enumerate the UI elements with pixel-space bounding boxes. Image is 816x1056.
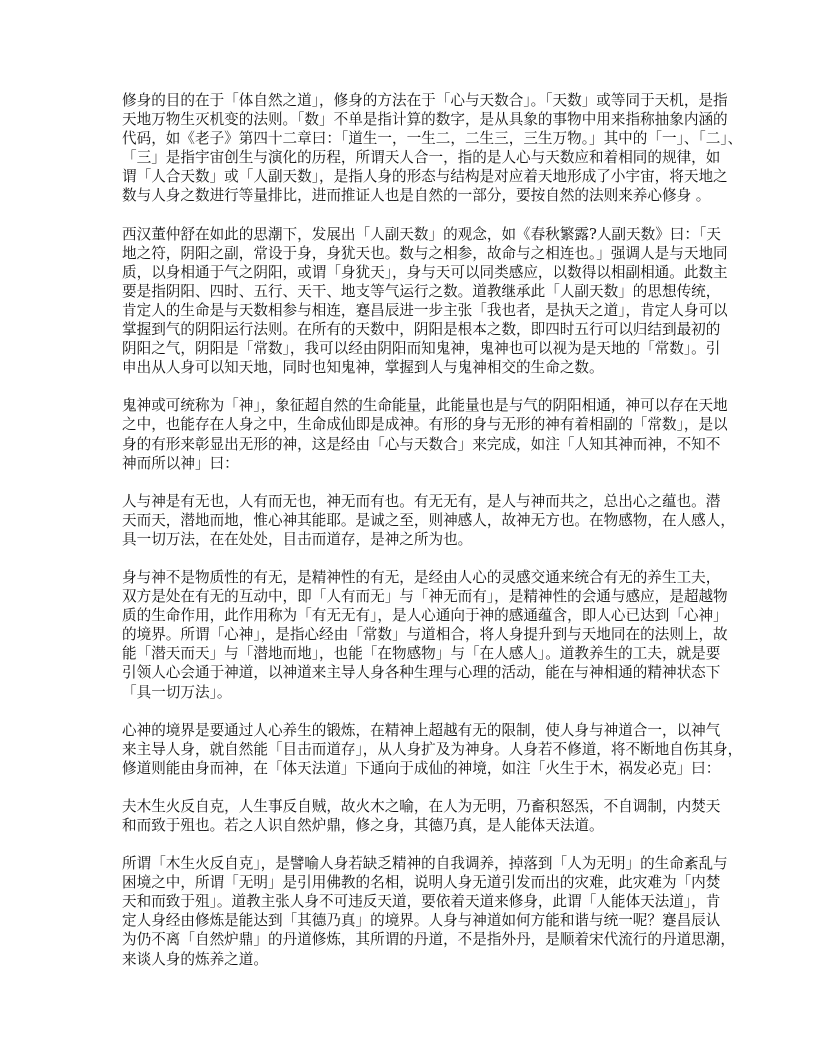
text-line: 来主导人身，就自然能「目击而道存」，从人身扩及为神身。人身若不修道，将不断地自伤… <box>122 740 706 759</box>
text-line: 「三」是指宇宙创生与演化的历程，所谓天人合一，指的是人心与天数应和着相同的规律，… <box>122 148 706 167</box>
text-line: 能「潜天而天」与「潜地而地」，也能「在物感物」与「在人感人」。道教养生的工夫，就… <box>122 644 706 663</box>
text-line: 数与人身之数进行等量排比，进而推证人也是自然的一部分，要按自然的法则来养心修身 … <box>122 186 706 205</box>
text-line: 夫木生火反自克，人生事反自贼，故火木之喻，在人为无明，乃畜积怒炁，不自调制，内焚… <box>122 797 706 816</box>
text-line: 引领人心会通于神道，以神道来主导人身各种生理与心理的活动，能在与神相通的精神状态… <box>122 663 706 682</box>
paragraph-2: 西汉董仲舒在如此的思潮下，发展出「人副天数」的观念，如《春秋繁露?人副天数》曰：… <box>122 225 706 378</box>
paragraph-1: 修身的目的在于「体自然之道」，修身的方法在于「心与天数合」。「天数」或等同于天机… <box>122 91 706 206</box>
text-line: 困境之中，所谓「无明」是引用佛教的名相，说明人身无道引发而出的灾难，此灾难为「内… <box>122 873 706 892</box>
text-line: 和而致于殂也。若之人识自然炉鼎，修之身，其德乃真，是人能体天法道。 <box>122 816 706 835</box>
text-line: 来谈人身的炼养之道。 <box>122 950 706 969</box>
paragraph-4-quote: 人与神是有无也，人有而无也，神无而有也。有无无有，是人与神而共之，总出心之蕴也。… <box>122 492 706 549</box>
text-line: 阴阳之气，阴阳是「常数」，我可以经由阴阳而知鬼神，鬼神也可以视为是天地的「常数」… <box>122 339 706 358</box>
paragraph-6: 心神的境界是要通过人心养生的锻炼，在精神上超越有无的限制，使人身与神道合一，以神… <box>122 721 706 778</box>
text-line: 人与神是有无也，人有而无也，神无而有也。有无无有，是人与神而共之，总出心之蕴也。… <box>122 492 706 511</box>
text-line: 双方是处在有无的互动中，即「人有而无」与「神无而有」，是精神性的会通与感应，是超… <box>122 587 706 606</box>
text-line: 天地万物生灭机变的法则。「数」不单是指计算的数字，是从具象的事物中用来指称抽象内… <box>122 110 706 129</box>
paragraph-8: 所谓「木生火反自克」，是譬喻人身若缺乏精神的自我调养，掉落到「人为无明」的生命紊… <box>122 854 706 969</box>
text-line: 掌握到气的阴阳运行法则。在所有的天数中，阴阳是根本之数，即四时五行可以归结到最初… <box>122 320 706 339</box>
text-line: 的境界。所谓「心神」，是指心经由「常数」与道相合，将人身提升到与天地同在的法则上… <box>122 625 706 644</box>
text-line: 所谓「木生火反自克」，是譬喻人身若缺乏精神的自我调养，掉落到「人为无明」的生命紊… <box>122 854 706 873</box>
text-line: 要是指阴阳、四时、五行、天干、地支等气运行之数。道教继承此「人副天数」的思想传统… <box>122 282 706 301</box>
text-line: 修身的目的在于「体自然之道」，修身的方法在于「心与天数合」。「天数」或等同于天机… <box>122 91 706 110</box>
text-line: 具一切万法，在在处处，目击而道存，是神之所为也。 <box>122 530 706 549</box>
text-line: 为仍不离「自然炉鼎」的丹道修炼，其所谓的丹道，不是指外丹，是顺着宋代流行的丹道思… <box>122 930 706 949</box>
paragraph-3: 鬼神或可统称为「神」，象征超自然的生命能量，此能量也是与气的阴阳相通，神可以存在… <box>122 396 706 472</box>
text-line: 身与神不是物质性的有无，是精神性的有无，是经由人心的灵感交通来统合有无的养生工夫… <box>122 568 706 587</box>
text-line: 天和而致于殂」。道教主张人身不可违反天道，要依着天道来修身，此谓「人能体天法道」… <box>122 892 706 911</box>
text-line: 神而所以神」曰： <box>122 454 706 473</box>
text-line: 定人身经由修炼是能达到「其德乃真」的境界。人身与神道如何方能和谐与统一呢？蹇昌辰… <box>122 911 706 930</box>
text-line: 之中，也能存在人身之中，生命成仙即是成神。有形的身与无形的神有着相副的「常数」，… <box>122 415 706 434</box>
text-line: 西汉董仲舒在如此的思潮下，发展出「人副天数」的观念，如《春秋繁露?人副天数》曰：… <box>122 225 706 244</box>
paragraph-7-quote: 夫木生火反自克，人生事反自贼，故火木之喻，在人为无明，乃畜积怒炁，不自调制，内焚… <box>122 797 706 835</box>
text-line: 身的有形来彰显出无形的神，这是经由「心与天数合」来完成，如注「人知其神而神，不知… <box>122 435 706 454</box>
text-line: 修道则能由身而神，在「体天法道」下通向于成仙的神境，如注「火生于木，祸发必克」曰… <box>122 759 706 778</box>
text-line: 谓「人合天数」或「人副天数」，是指人身的形态与结构是对应着天地形成了小宇宙，将天… <box>122 167 706 186</box>
text-line: 鬼神或可统称为「神」，象征超自然的生命能量，此能量也是与气的阴阳相通，神可以存在… <box>122 396 706 415</box>
text-line: 代码，如《老子》第四十二章曰：「道生一，一生二，二生三，三生万物。」其中的「一」… <box>122 129 706 148</box>
text-line: 「具一切万法」。 <box>122 683 706 702</box>
paragraph-5: 身与神不是物质性的有无，是精神性的有无，是经由人心的灵感交通来统合有无的养生工夫… <box>122 568 706 702</box>
text-line: 心神的境界是要通过人心养生的锻炼，在精神上超越有无的限制，使人身与神道合一，以神… <box>122 721 706 740</box>
text-line: 肯定人的生命是与天数相参与相连，蹇昌辰进一步主张「我也者，是执天之道」，肯定人身… <box>122 301 706 320</box>
text-line: 天而天，潜地而地，惟心神其能耶。是诚之至，则神感人，故神无方也。在物感物，在人感… <box>122 511 706 530</box>
text-line: 质的生命作用，此作用称为「有无无有」，是人心通向于神的感通蕴含，即人心已达到「心… <box>122 606 706 625</box>
text-line: 申出从人身可以知天地，同时也知鬼神，掌握到人与鬼神相交的生命之数。 <box>122 358 706 377</box>
document-page: 修身的目的在于「体自然之道」，修身的方法在于「心与天数合」。「天数」或等同于天机… <box>122 91 706 988</box>
text-line: 地之符，阴阳之副，常设于身，身犹天也。数与之相参，故命与之相连也。」强调人是与天… <box>122 244 706 263</box>
text-line: 质，以身相通于气之阴阳，或谓「身犹天」，身与天可以同类感应，以数得以相副相通。此… <box>122 263 706 282</box>
